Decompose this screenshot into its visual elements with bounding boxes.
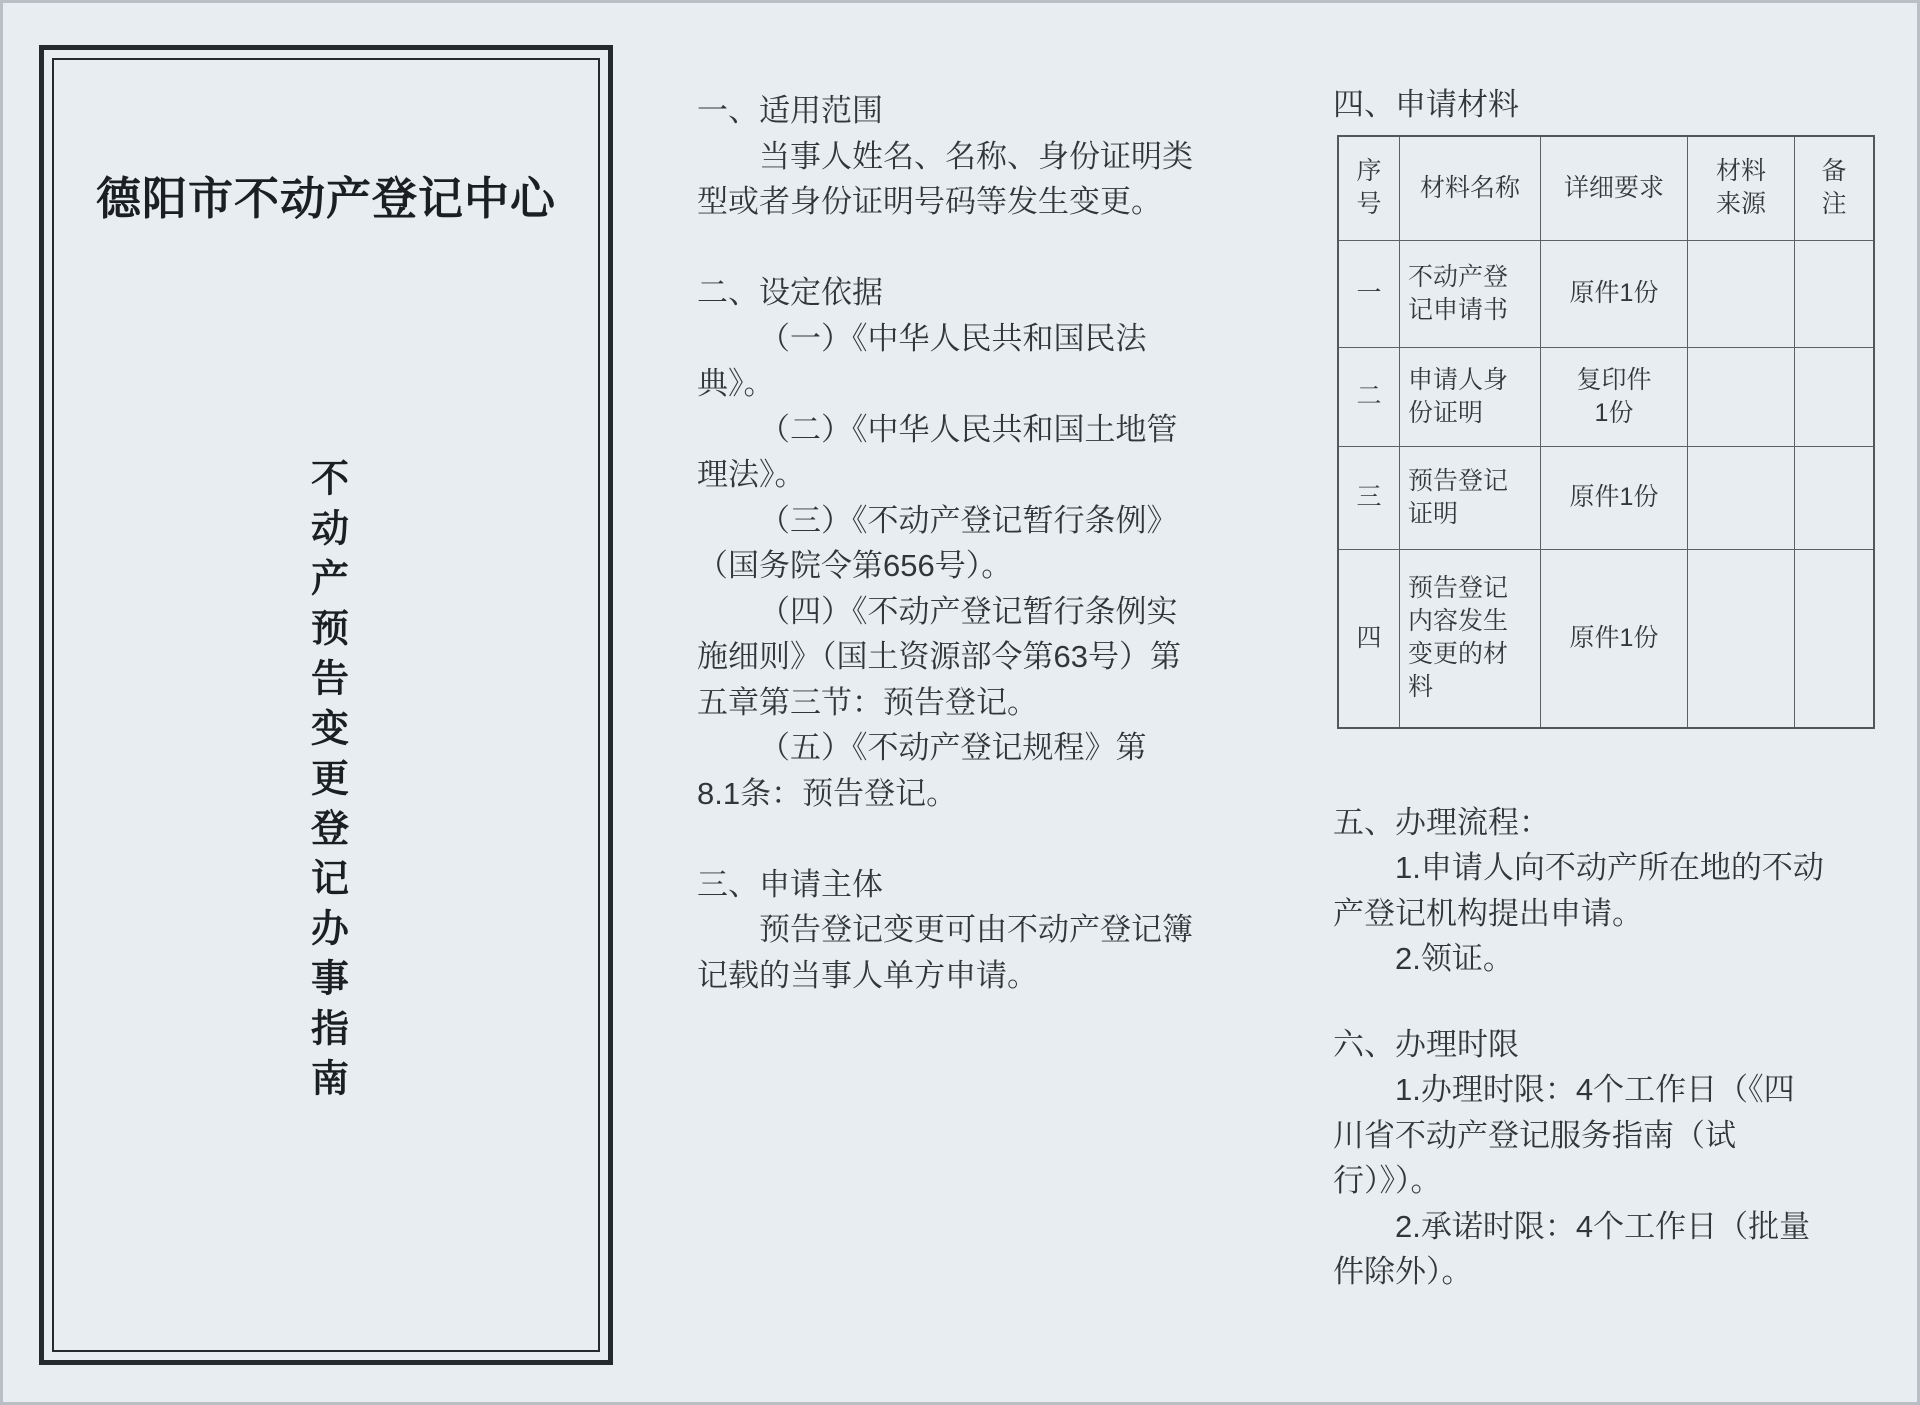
text-line: 理法》。 — [697, 452, 1207, 498]
section-heading: 二、设定依据 — [697, 270, 1207, 316]
blank-line — [697, 225, 1207, 271]
middle-text-column: 一、适用范围 当事人姓名、名称、身份证明类 型或者身份证明号码等发生变更。 二、… — [697, 88, 1207, 998]
text-line: 型或者身份证明号码等发生变更。 — [697, 179, 1207, 225]
table-cell: 一 — [1339, 241, 1400, 348]
table-cell: 不动产登记申请书 — [1400, 241, 1541, 348]
section-heading: 四、申请材料 — [1333, 82, 1881, 128]
section-heading: 一、适用范围 — [697, 88, 1207, 134]
time-limit-section: 六、办理时限 1.办理时限：4个工作日（《四 川省不动产登记服务指南（试 行）》… — [1333, 1022, 1881, 1295]
table-header-cell: 材料名称 — [1400, 137, 1541, 241]
text-line: 施细则》（国土资源部令第63号）第 — [697, 634, 1207, 680]
table-header-cell: 详细要求 — [1541, 137, 1688, 241]
process-section: 五、办理流程： 1.申请人向不动产所在地的不动 产登记机构提出申请。 2.领证。 — [1333, 800, 1881, 982]
right-text-column: 四、申请材料 序号 材料名称 详细要求 材料来源 备注 一 不动产登记申请书 原… — [1333, 82, 1881, 1295]
text-line: 2.承诺时限：4个工作日（批量 — [1333, 1204, 1881, 1250]
table-cell: 原件1份 — [1541, 241, 1688, 348]
text-line: （四）《不动产登记暂行条例实 — [697, 589, 1207, 635]
text-line: 记载的当事人单方申请。 — [697, 953, 1207, 999]
table-cell: 原件1份 — [1541, 550, 1688, 727]
table-cell: 三 — [1339, 447, 1400, 550]
table-cell — [1688, 447, 1795, 550]
text-line: 件除外）。 — [1333, 1249, 1881, 1295]
text-line: 1.办理时限：4个工作日（《四 — [1333, 1067, 1881, 1113]
table-cell — [1795, 447, 1873, 550]
org-title: 德阳市不动产登记中心 — [44, 162, 608, 227]
text-line: （国务院令第656号）。 — [697, 543, 1207, 589]
table-cell: 四 — [1339, 550, 1400, 727]
table-cell — [1795, 241, 1873, 348]
text-line: 典》。 — [697, 361, 1207, 407]
table-header-cell: 材料来源 — [1688, 137, 1795, 241]
text-line: 1.申请人向不动产所在地的不动 — [1333, 845, 1881, 891]
text-line: （一）《中华人民共和国民法 — [697, 316, 1207, 362]
brochure-page: 德阳市不动产登记中心 不动产预告变更登记办事指南 一、适用范围 当事人姓名、名称… — [0, 0, 1920, 1405]
table-cell: 预告登记证明 — [1400, 447, 1541, 550]
text-line: 8.1条：预告登记。 — [697, 771, 1207, 817]
text-line: （二）《中华人民共和国土地管 — [697, 407, 1207, 453]
section-heading: 六、办理时限 — [1333, 1022, 1881, 1068]
cover-panel: 德阳市不动产登记中心 不动产预告变更登记办事指南 — [39, 45, 613, 1365]
table-cell — [1795, 550, 1873, 727]
text-line: 川省不动产登记服务指南（试 — [1333, 1113, 1881, 1159]
text-line: 当事人姓名、名称、身份证明类 — [697, 134, 1207, 180]
materials-table: 序号 材料名称 详细要求 材料来源 备注 一 不动产登记申请书 原件1份 二 申… — [1337, 135, 1875, 729]
table-cell — [1688, 348, 1795, 447]
table-header-cell: 序号 — [1339, 137, 1400, 241]
table-cell: 二 — [1339, 348, 1400, 447]
table-cell: 预告登记内容发生变更的材料 — [1400, 550, 1541, 727]
blank-line — [697, 816, 1207, 862]
vertical-guide-title: 不动产预告变更登记办事指南 — [299, 458, 354, 1108]
table-header-cell: 备注 — [1795, 137, 1873, 241]
section-heading: 三、申请主体 — [697, 862, 1207, 908]
text-line: 行）》）。 — [1333, 1158, 1881, 1204]
section-heading: 五、办理流程： — [1333, 800, 1881, 846]
text-line: （三）《不动产登记暂行条例》 — [697, 498, 1207, 544]
text-line: 五章第三节：预告登记。 — [697, 680, 1207, 726]
table-cell — [1688, 550, 1795, 727]
table-cell — [1795, 348, 1873, 447]
text-line: 2.领证。 — [1333, 936, 1881, 982]
text-line: （五）《不动产登记规程》第 — [697, 725, 1207, 771]
text-line: 预告登记变更可由不动产登记簿 — [697, 907, 1207, 953]
table-cell: 复印件1份 — [1541, 348, 1688, 447]
table-cell: 原件1份 — [1541, 447, 1688, 550]
text-line: 产登记机构提出申请。 — [1333, 891, 1881, 937]
table-cell — [1688, 241, 1795, 348]
table-cell: 申请人身份证明 — [1400, 348, 1541, 447]
